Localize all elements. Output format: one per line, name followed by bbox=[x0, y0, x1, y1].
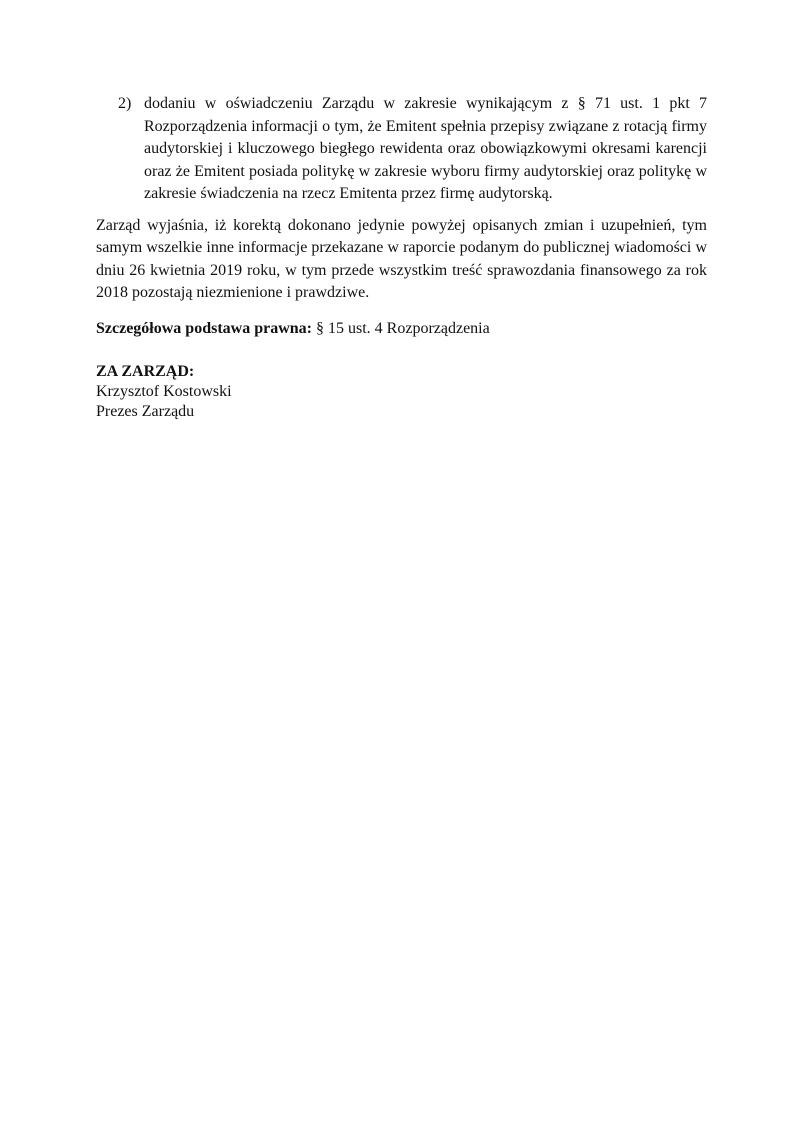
document-page: 2) dodaniu w oświadczeniu Zarządu w zakr… bbox=[96, 93, 707, 422]
signature-block: ZA ZARZĄD: Krzysztof Kostowski Prezes Za… bbox=[96, 362, 707, 422]
signatory-name: Krzysztof Kostowski bbox=[96, 382, 707, 402]
list-item: 2) dodaniu w oświadczeniu Zarządu w zakr… bbox=[96, 93, 707, 206]
legal-basis-label: Szczegółowa podstawa prawna: bbox=[96, 320, 312, 337]
list-number: 2) bbox=[118, 93, 131, 116]
signatory-role: Prezes Zarządu bbox=[96, 402, 707, 422]
signature-heading: ZA ZARZĄD: bbox=[96, 362, 707, 382]
list-item-text: dodaniu w oświadczeniu Zarządu w zakresi… bbox=[144, 95, 707, 202]
correction-paragraph: Zarząd wyjaśnia, iż korektą dokonano jed… bbox=[96, 215, 707, 305]
legal-basis-value: § 15 ust. 4 Rozporządzenia bbox=[316, 320, 490, 337]
legal-basis: Szczegółowa podstawa prawna: § 15 ust. 4… bbox=[96, 318, 707, 341]
